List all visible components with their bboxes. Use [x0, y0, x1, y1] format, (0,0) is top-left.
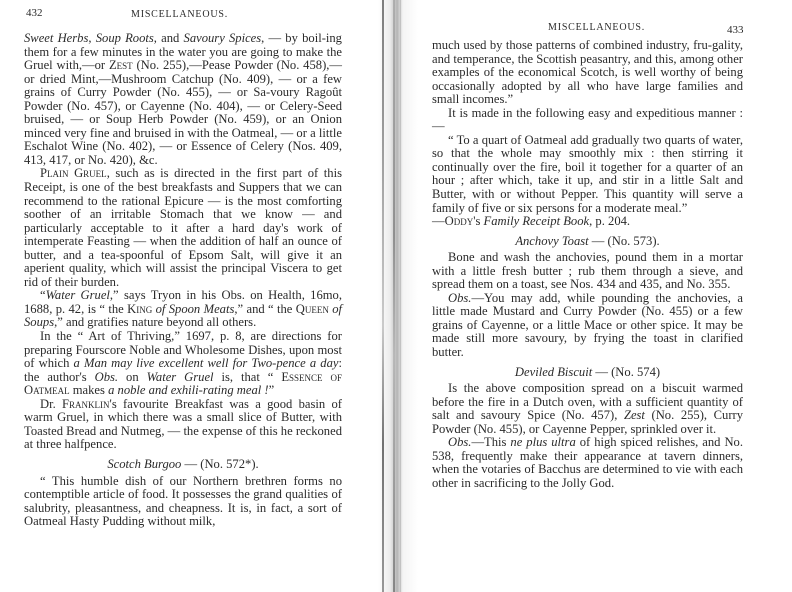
- paragraph: Obs.—This ne plus ultra of high spiced r…: [432, 436, 743, 490]
- paragraph: Obs.—You may add, while pounding the anc…: [432, 292, 743, 360]
- paragraph: Is the above composition spread on a bis…: [432, 382, 743, 436]
- paragraph: “ To a quart of Oatmeal add gradually tw…: [432, 134, 743, 215]
- right-page: MISCELLANEOUS. 433 much used by those pa…: [400, 0, 792, 592]
- left-page-body: Sweet Herbs, Soup Roots, and Savoury Spi…: [24, 32, 342, 529]
- paragraph: Bone and wash the anchovies, pound them …: [432, 251, 743, 292]
- page-number: 433: [727, 24, 744, 36]
- book-spread: 432 MISCELLANEOUS. Sweet Herbs, Soup Roo…: [0, 0, 792, 592]
- section-heading: Scotch Burgoo — (No. 572*).: [24, 458, 342, 472]
- right-page-body: much used by those patterns of combined …: [432, 39, 743, 491]
- paragraph: It is made in the following easy and exp…: [432, 107, 743, 134]
- running-head: MISCELLANEOUS.: [131, 9, 228, 20]
- attribution: —Oddy's Family Receipt Book, p. 204.: [432, 215, 743, 229]
- page-number: 432: [26, 7, 43, 19]
- paragraph: Dr. Franklin's favourite Breakfast was a…: [24, 398, 342, 452]
- left-page: 432 MISCELLANEOUS. Sweet Herbs, Soup Roo…: [0, 0, 380, 592]
- book-gutter-fold: [382, 0, 384, 592]
- running-head: MISCELLANEOUS.: [548, 22, 645, 33]
- paragraph: In the “ Art of Thriving,” 1697, p. 8, a…: [24, 330, 342, 398]
- paragraph: much used by those patterns of combined …: [432, 39, 743, 107]
- section-heading: Deviled Biscuit — (No. 574): [432, 366, 743, 380]
- book-gutter-fold: [393, 0, 395, 592]
- paragraph: “ This humble dish of our Northern breth…: [24, 475, 342, 529]
- paragraph: Sweet Herbs, Soup Roots, and Savoury Spi…: [24, 32, 342, 167]
- paragraph: “Water Gruel,” says Tryon in his Obs. on…: [24, 289, 342, 330]
- section-heading: Anchovy Toast — (No. 573).: [432, 235, 743, 249]
- paragraph: Plain Gruel, such as is directed in the …: [24, 167, 342, 289]
